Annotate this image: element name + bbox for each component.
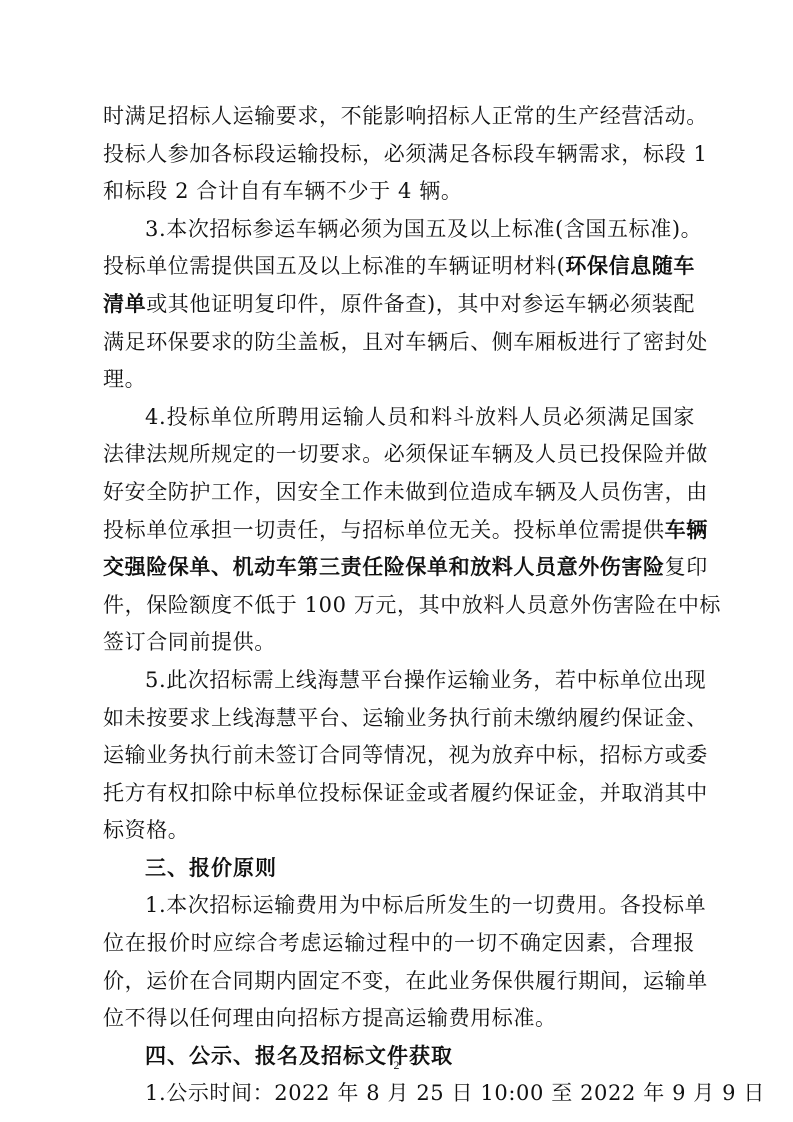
bold-text: 三、报价原则: [145, 856, 277, 880]
text-segment: 好安全防护工作，因安全工作未做到位造成车辆及人员伤害，由: [103, 480, 708, 504]
bold-text: 车辆: [665, 518, 708, 542]
text-segment: 投标单位需提供国五及以上标准的车辆证明材料(: [103, 254, 565, 278]
text-line: 满足环保要求的防尘盖板，且对车辆后、侧车厢板进行了密封处: [103, 324, 695, 362]
text-line: 托方有权扣除中标单位投标保证金或者履约保证金，并取消其中: [103, 775, 695, 813]
text-line: 价，运价在合同期内固定不变，在此业务保供履行期间，运输单: [103, 963, 695, 1001]
text-segment: 投标单位承担一切责任，与招标单位无关。投标单位需提供: [103, 518, 665, 542]
text-line: 投标单位需提供国五及以上标准的车辆证明材料(环保信息随车: [103, 248, 695, 286]
text-line: 运输业务执行前未签订合同等情况，视为放弃中标，招标方或委: [103, 737, 695, 775]
text-segment: 4.投标单位所聘用运输人员和料斗放料人员必须满足国家: [145, 405, 695, 429]
text-segment: 满足环保要求的防尘盖板，且对车辆后、侧车厢板进行了密封处: [103, 330, 708, 354]
text-line: 签订合同前提供。: [103, 624, 695, 662]
text-line: 交强险保单、机动车第三责任险保单和放料人员意外伤害险复印: [103, 549, 695, 587]
text-line: 投标单位承担一切责任，与招标单位无关。投标单位需提供车辆: [103, 512, 695, 550]
bold-text: 清单: [103, 292, 146, 316]
text-segment: 时满足招标人运输要求，不能影响招标人正常的生产经营活动。: [103, 104, 708, 128]
text-line: 3.本次招标参运车辆必须为国五及以上标准(含国五标准)。: [103, 211, 695, 249]
text-line: 5.此次招标需上线海慧平台操作运输业务，若中标单位出现: [103, 662, 695, 700]
text-segment: 投标人参加各标段运输投标，必须满足各标段车辆需求，标段 1: [103, 142, 707, 166]
text-segment: 托方有权扣除中标单位投标保证金或者履约保证金，并取消其中: [103, 781, 708, 805]
text-segment: 或其他证明复印件，原件备查)，其中对参运车辆必须装配: [146, 292, 695, 316]
text-line: 件，保险额度不低于 100 万元，其中放料人员意外伤害险在中标: [103, 587, 695, 625]
text-segment: 运输业务执行前未签订合同等情况，视为放弃中标，招标方或委: [103, 743, 708, 767]
text-line: 理。: [103, 361, 695, 399]
page-number: 2: [0, 1058, 793, 1073]
text-line: 和标段 2 合计自有车辆不少于 4 辆。: [103, 173, 695, 211]
text-segment: 位不得以任何理由向招标方提高运输费用标准。: [103, 1006, 557, 1030]
bold-text: 交强险保单、机动车第三责任险保单和放料人员意外伤害险: [103, 555, 665, 579]
text-segment: 件，保险额度不低于 100 万元，其中放料人员意外伤害险在中标: [103, 593, 721, 617]
text-line: 1.公示时间：2022 年 8 月 25 日 10:00 至 2022 年 9 …: [103, 1075, 695, 1113]
text-line: 清单或其他证明复印件，原件备查)，其中对参运车辆必须装配: [103, 286, 695, 324]
text-segment: 价，运价在合同期内固定不变，在此业务保供履行期间，运输单: [103, 969, 708, 993]
text-segment: 法律法规所规定的一切要求。必须保证车辆及人员已投保险并做: [103, 442, 708, 466]
text-segment: 1.公示时间：2022 年 8 月 25 日 10:00 至 2022 年 9 …: [145, 1081, 765, 1105]
text-segment: 和标段 2 合计自有车辆不少于 4 辆。: [103, 179, 462, 203]
text-segment: 标资格。: [103, 818, 189, 842]
text-segment: 1.本次招标运输费用为中标后所发生的一切费用。各投标单: [145, 893, 706, 917]
document-page: 时满足招标人运输要求，不能影响招标人正常的生产经营活动。投标人参加各标段运输投标…: [103, 98, 695, 1113]
text-line: 位不得以任何理由向招标方提高运输费用标准。: [103, 1000, 695, 1038]
text-segment: 位在报价时应综合考虑运输过程中的一切不确定因素，合理报: [103, 931, 695, 955]
text-line: 1.本次招标运输费用为中标后所发生的一切费用。各投标单: [103, 887, 695, 925]
bold-text: 环保信息随车: [565, 254, 695, 278]
text-segment: 签订合同前提供。: [103, 630, 276, 654]
text-line: 4.投标单位所聘用运输人员和料斗放料人员必须满足国家: [103, 399, 695, 437]
section-heading: 三、报价原则: [103, 850, 695, 888]
text-line: 时满足招标人运输要求，不能影响招标人正常的生产经营活动。: [103, 98, 695, 136]
text-line: 好安全防护工作，因安全工作未做到位造成车辆及人员伤害，由: [103, 474, 695, 512]
text-segment: 理。: [103, 367, 146, 391]
text-segment: 3.本次招标参运车辆必须为国五及以上标准(含国五标准)。: [145, 217, 702, 241]
text-segment: 复印: [665, 555, 708, 579]
text-line: 标资格。: [103, 812, 695, 850]
text-segment: 如未按要求上线海慧平台、运输业务执行前未缴纳履约保证金、: [103, 706, 708, 730]
text-line: 法律法规所规定的一切要求。必须保证车辆及人员已投保险并做: [103, 436, 695, 474]
text-segment: 5.此次招标需上线海慧平台操作运输业务，若中标单位出现: [145, 668, 706, 692]
text-line: 投标人参加各标段运输投标，必须满足各标段车辆需求，标段 1: [103, 136, 695, 174]
text-line: 位在报价时应综合考虑运输过程中的一切不确定因素，合理报: [103, 925, 695, 963]
text-line: 如未按要求上线海慧平台、运输业务执行前未缴纳履约保证金、: [103, 700, 695, 738]
